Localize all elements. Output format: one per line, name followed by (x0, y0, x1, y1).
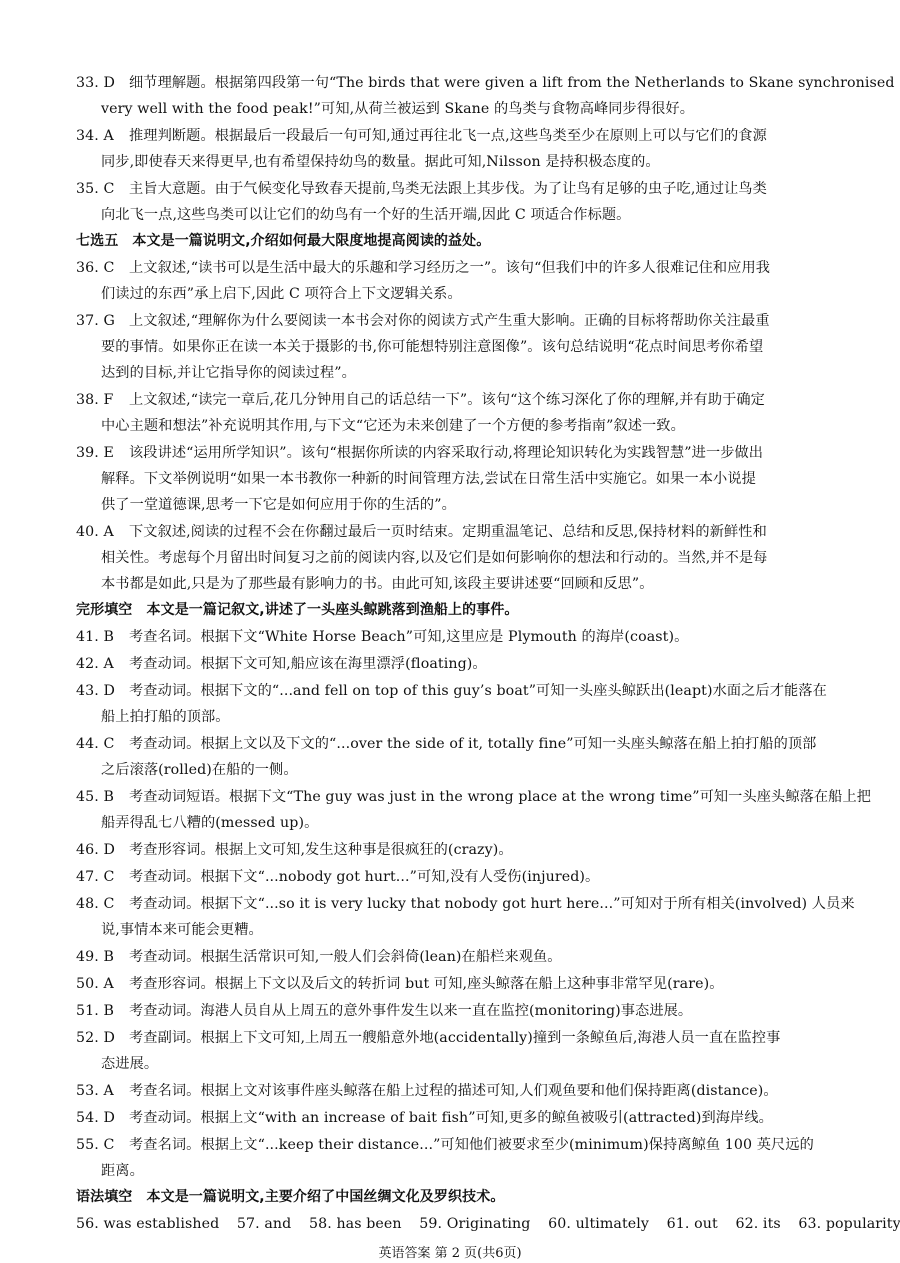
answer-52-line1: 52. D考查副词。根据上下文可知,上周五一艘船意外地(accidentally… (76, 1028, 780, 1048)
grammar-answer-57: 57. and (237, 1216, 291, 1232)
answer-number: 41. B (76, 627, 129, 647)
grammar-answer-60: 60. ultimately (548, 1216, 649, 1232)
answer-35-line1: 35. C主旨大意题。由于气候变化导致春天提前,鸟类无法跟上其步伐。为了让鸟有足… (76, 179, 767, 199)
answer-52-line2: 态进展。 (101, 1054, 158, 1074)
answer-text: 考查副词。根据上下文可知,上周五一艘船意外地(accidentally)撞到一条… (129, 1030, 780, 1046)
answer-number: 55. C (76, 1135, 129, 1155)
grammar-answer-63: 63. popularity (798, 1216, 900, 1232)
answer-45-line2: 船弄得乱七八糟的(messed up)。 (101, 813, 318, 833)
answer-41: 41. B考查名词。根据下文“White Horse Beach”可知,这里应是… (76, 627, 688, 647)
answer-37-line3: 达到的目标,并让它指导你的阅读过程”。 (101, 363, 356, 383)
section-heading-seven-choose-five: 七选五 本文是一篇说明文,介绍如何最大限度地提高阅读的益处。 (76, 231, 490, 251)
answer-key-page: 33. D细节理解题。根据第四段第一句“The birds that were … (0, 0, 900, 1263)
answer-43-line2: 船上拍打船的顶部。 (101, 707, 230, 727)
answer-number: 51. B (76, 1001, 129, 1021)
answer-number: 48. C (76, 894, 129, 914)
answer-text: 考查名词。根据下文“White Horse Beach”可知,这里应是 Plym… (129, 629, 688, 645)
answer-number: 53. A (76, 1081, 129, 1101)
grammar-answer-59: 59. Originating (419, 1216, 530, 1232)
answer-text: 上文叙述,“理解你为什么要阅读一本书会对你的阅读方式产生重大影响。正确的目标将帮… (129, 313, 770, 329)
answer-text: 考查动词。海港人员自从上周五的意外事件发生以来一直在监控(monitoring)… (129, 1003, 692, 1019)
answer-48-line1: 48. C考查动词。根据下文“...so it is very lucky th… (76, 894, 855, 914)
answer-number: 45. B (76, 787, 129, 807)
answer-number: 38. F (76, 390, 129, 410)
section-heading-cloze: 完形填空 本文是一篇记叙文,讲述了一头座头鲸跳落到渔船上的事件。 (76, 600, 519, 620)
answer-number: 40. A (76, 522, 129, 542)
answer-39-line1: 39. E该段讲述“运用所学知识”。该句“根据你所读的内容采取行动,将理论知识转… (76, 443, 763, 463)
answer-text: 上文叙述,“读书可以是生活中最大的乐趣和学习经历之一”。该句“但我们中的许多人很… (129, 260, 770, 276)
answer-39-line3: 供了一堂道德课,思考一下它是如何应用于你的生活的”。 (101, 495, 456, 515)
answer-number: 49. B (76, 947, 129, 967)
grammar-answers-row: 56. was established 57. and 58. has been… (76, 1214, 900, 1234)
answer-40-line1: 40. A下文叙述,阅读的过程不会在你翻过最后一页时结束。定期重温笔记、总结和反… (76, 522, 767, 542)
answer-49: 49. B考查动词。根据生活常识可知,一般人们会斜倚(lean)在船栏来观鱼。 (76, 947, 562, 967)
grammar-answer-56: 56. was established (76, 1216, 219, 1232)
answer-42: 42. A考查动词。根据下文可知,船应该在海里漂浮(floating)。 (76, 654, 487, 674)
answer-text: 细节理解题。根据第四段第一句“The birds that were given… (129, 75, 895, 91)
answer-number: 44. C (76, 734, 129, 754)
answer-36-line2: 们读过的东西”承上启下,因此 C 项符合上下文逻辑关系。 (101, 284, 462, 304)
answer-55-line1: 55. C考查名词。根据上文“...keep their distance...… (76, 1135, 814, 1155)
answer-text: 考查动词。根据上文“with an increase of bait fish”… (129, 1110, 773, 1126)
answer-38-line1: 38. F上文叙述,“读完一章后,花几分钟用自己的话总结一下”。该句“这个练习深… (76, 390, 765, 410)
answer-text: 主旨大意题。由于气候变化导致春天提前,鸟类无法跟上其步伐。为了让鸟有足够的虫子吃… (129, 181, 767, 197)
answer-number: 47. C (76, 867, 129, 887)
answer-text: 上文叙述,“读完一章后,花几分钟用自己的话总结一下”。该句“这个练习深化了你的理… (129, 392, 765, 408)
answer-number: 36. C (76, 258, 129, 278)
answer-text: 考查动词短语。根据下文“The guy was just in the wron… (129, 789, 871, 805)
answer-text: 考查动词。根据生活常识可知,一般人们会斜倚(lean)在船栏来观鱼。 (129, 949, 562, 965)
answer-53: 53. A考查名词。根据上文对该事件座头鲸落在船上过程的描述可知,人们观鱼要和他… (76, 1081, 778, 1101)
answer-55-line2: 距离。 (101, 1161, 144, 1181)
grammar-answer-61: 61. out (667, 1216, 718, 1232)
answer-37-line2: 要的事情。如果你正在读一本关于摄影的书,你可能想特别注意图像”。该句总结说明“花… (101, 337, 763, 357)
answer-50: 50. A考查形容词。根据上下文以及后文的转折词 but 可知,座头鲸落在船上这… (76, 974, 724, 994)
answer-47: 47. C考查动词。根据下文“...nobody got hurt...”可知,… (76, 867, 599, 887)
answer-39-line2: 解释。下文举例说明“如果一本书教你一种新的时间管理方法,尝试在日常生活中实施它。… (101, 469, 756, 489)
answer-40-line3: 本书都是如此,只是为了那些最有影响力的书。由此可知,该段主要讲述要“回顾和反思”… (101, 574, 654, 594)
answer-text: 考查动词。根据上文以及下文的“...over the side of it, t… (129, 736, 816, 752)
section-heading-grammar: 语法填空 本文是一篇说明文,主要介绍了中国丝绸文化及罗织技术。 (76, 1187, 504, 1207)
answer-37-line1: 37. G上文叙述,“理解你为什么要阅读一本书会对你的阅读方式产生重大影响。正确… (76, 311, 770, 331)
answer-44-line1: 44. C考查动词。根据上文以及下文的“...over the side of … (76, 734, 816, 754)
answer-34-line1: 34. A推理判断题。根据最后一段最后一句可知,通过再往北飞一点,这些鸟类至少在… (76, 126, 767, 146)
answer-46: 46. D考查形容词。根据上文可知,发生这种事是很疯狂的(crazy)。 (76, 840, 513, 860)
answer-text: 考查名词。根据上文对该事件座头鲸落在船上过程的描述可知,人们观鱼要和他们保持距离… (129, 1083, 778, 1099)
answer-text: 考查动词。根据下文“...nobody got hurt...”可知,没有人受伤… (129, 869, 599, 885)
answer-43-line1: 43. D考查动词。根据下文的“...and fell on top of th… (76, 681, 827, 701)
answer-54: 54. D考查动词。根据上文“with an increase of bait … (76, 1108, 773, 1128)
answer-number: 43. D (76, 681, 129, 701)
answer-45-line1: 45. B考查动词短语。根据下文“The guy was just in the… (76, 787, 871, 807)
answer-text: 推理判断题。根据最后一段最后一句可知,通过再往北飞一点,这些鸟类至少在原则上可以… (129, 128, 767, 144)
answer-number: 50. A (76, 974, 129, 994)
answer-36-line1: 36. C上文叙述,“读书可以是生活中最大的乐趣和学习经历之一”。该句“但我们中… (76, 258, 770, 278)
answer-number: 39. E (76, 443, 129, 463)
answer-33-line2: very well with the food peak!”可知,从荷兰被运到 … (101, 99, 694, 119)
answer-number: 34. A (76, 126, 129, 146)
answer-text: 考查动词。根据下文的“...and fell on top of this gu… (129, 683, 827, 699)
answer-34-line2: 同步,即使春天来得更早,也有希望保持幼鸟的数量。据此可知,Nilsson 是持积… (101, 152, 660, 172)
grammar-answer-62: 62. its (735, 1216, 780, 1232)
answer-text: 下文叙述,阅读的过程不会在你翻过最后一页时结束。定期重温笔记、总结和反思,保持材… (129, 524, 767, 540)
answer-text: 考查动词。根据下文“...so it is very lucky that no… (129, 896, 855, 912)
answer-number: 33. D (76, 73, 129, 93)
answer-number: 42. A (76, 654, 129, 674)
answer-51: 51. B考查动词。海港人员自从上周五的意外事件发生以来一直在监控(monito… (76, 1001, 692, 1021)
page-footer: 英语答案 第 2 页(共6页) (0, 1242, 900, 1261)
answer-35-line2: 向北飞一点,这些鸟类可以让它们的幼鸟有一个好的生活开端,因此 C 项适合作标题。 (101, 205, 630, 225)
grammar-answer-58: 58. has been (309, 1216, 402, 1232)
answer-48-line2: 说,事情本来可能会更糟。 (101, 920, 263, 940)
answer-text: 考查形容词。根据上下文以及后文的转折词 but 可知,座头鲸落在船上这种事非常罕… (129, 976, 724, 992)
answer-40-line2: 相关性。考虑每个月留出时间复习之前的阅读内容,以及它们是如何影响你的想法和行动的… (101, 548, 767, 568)
answer-text: 该段讲述“运用所学知识”。该句“根据你所读的内容采取行动,将理论知识转化为实践智… (129, 445, 763, 461)
answer-text: 考查名词。根据上文“...keep their distance...”可知他们… (129, 1137, 814, 1153)
answer-44-line2: 之后滚落(rolled)在船的一侧。 (101, 760, 298, 780)
answer-number: 54. D (76, 1108, 129, 1128)
answer-number: 46. D (76, 840, 129, 860)
answer-number: 37. G (76, 311, 129, 331)
answer-number: 35. C (76, 179, 129, 199)
answer-38-line2: 中心主题和想法”补充说明其作用,与下文“它还为未来创建了一个方便的参考指南”叙述… (101, 416, 685, 436)
answer-text: 考查形容词。根据上文可知,发生这种事是很疯狂的(crazy)。 (129, 842, 513, 858)
answer-number: 52. D (76, 1028, 129, 1048)
answer-33-line1: 33. D细节理解题。根据第四段第一句“The birds that were … (76, 73, 895, 93)
answer-text: 考查动词。根据下文可知,船应该在海里漂浮(floating)。 (129, 656, 487, 672)
